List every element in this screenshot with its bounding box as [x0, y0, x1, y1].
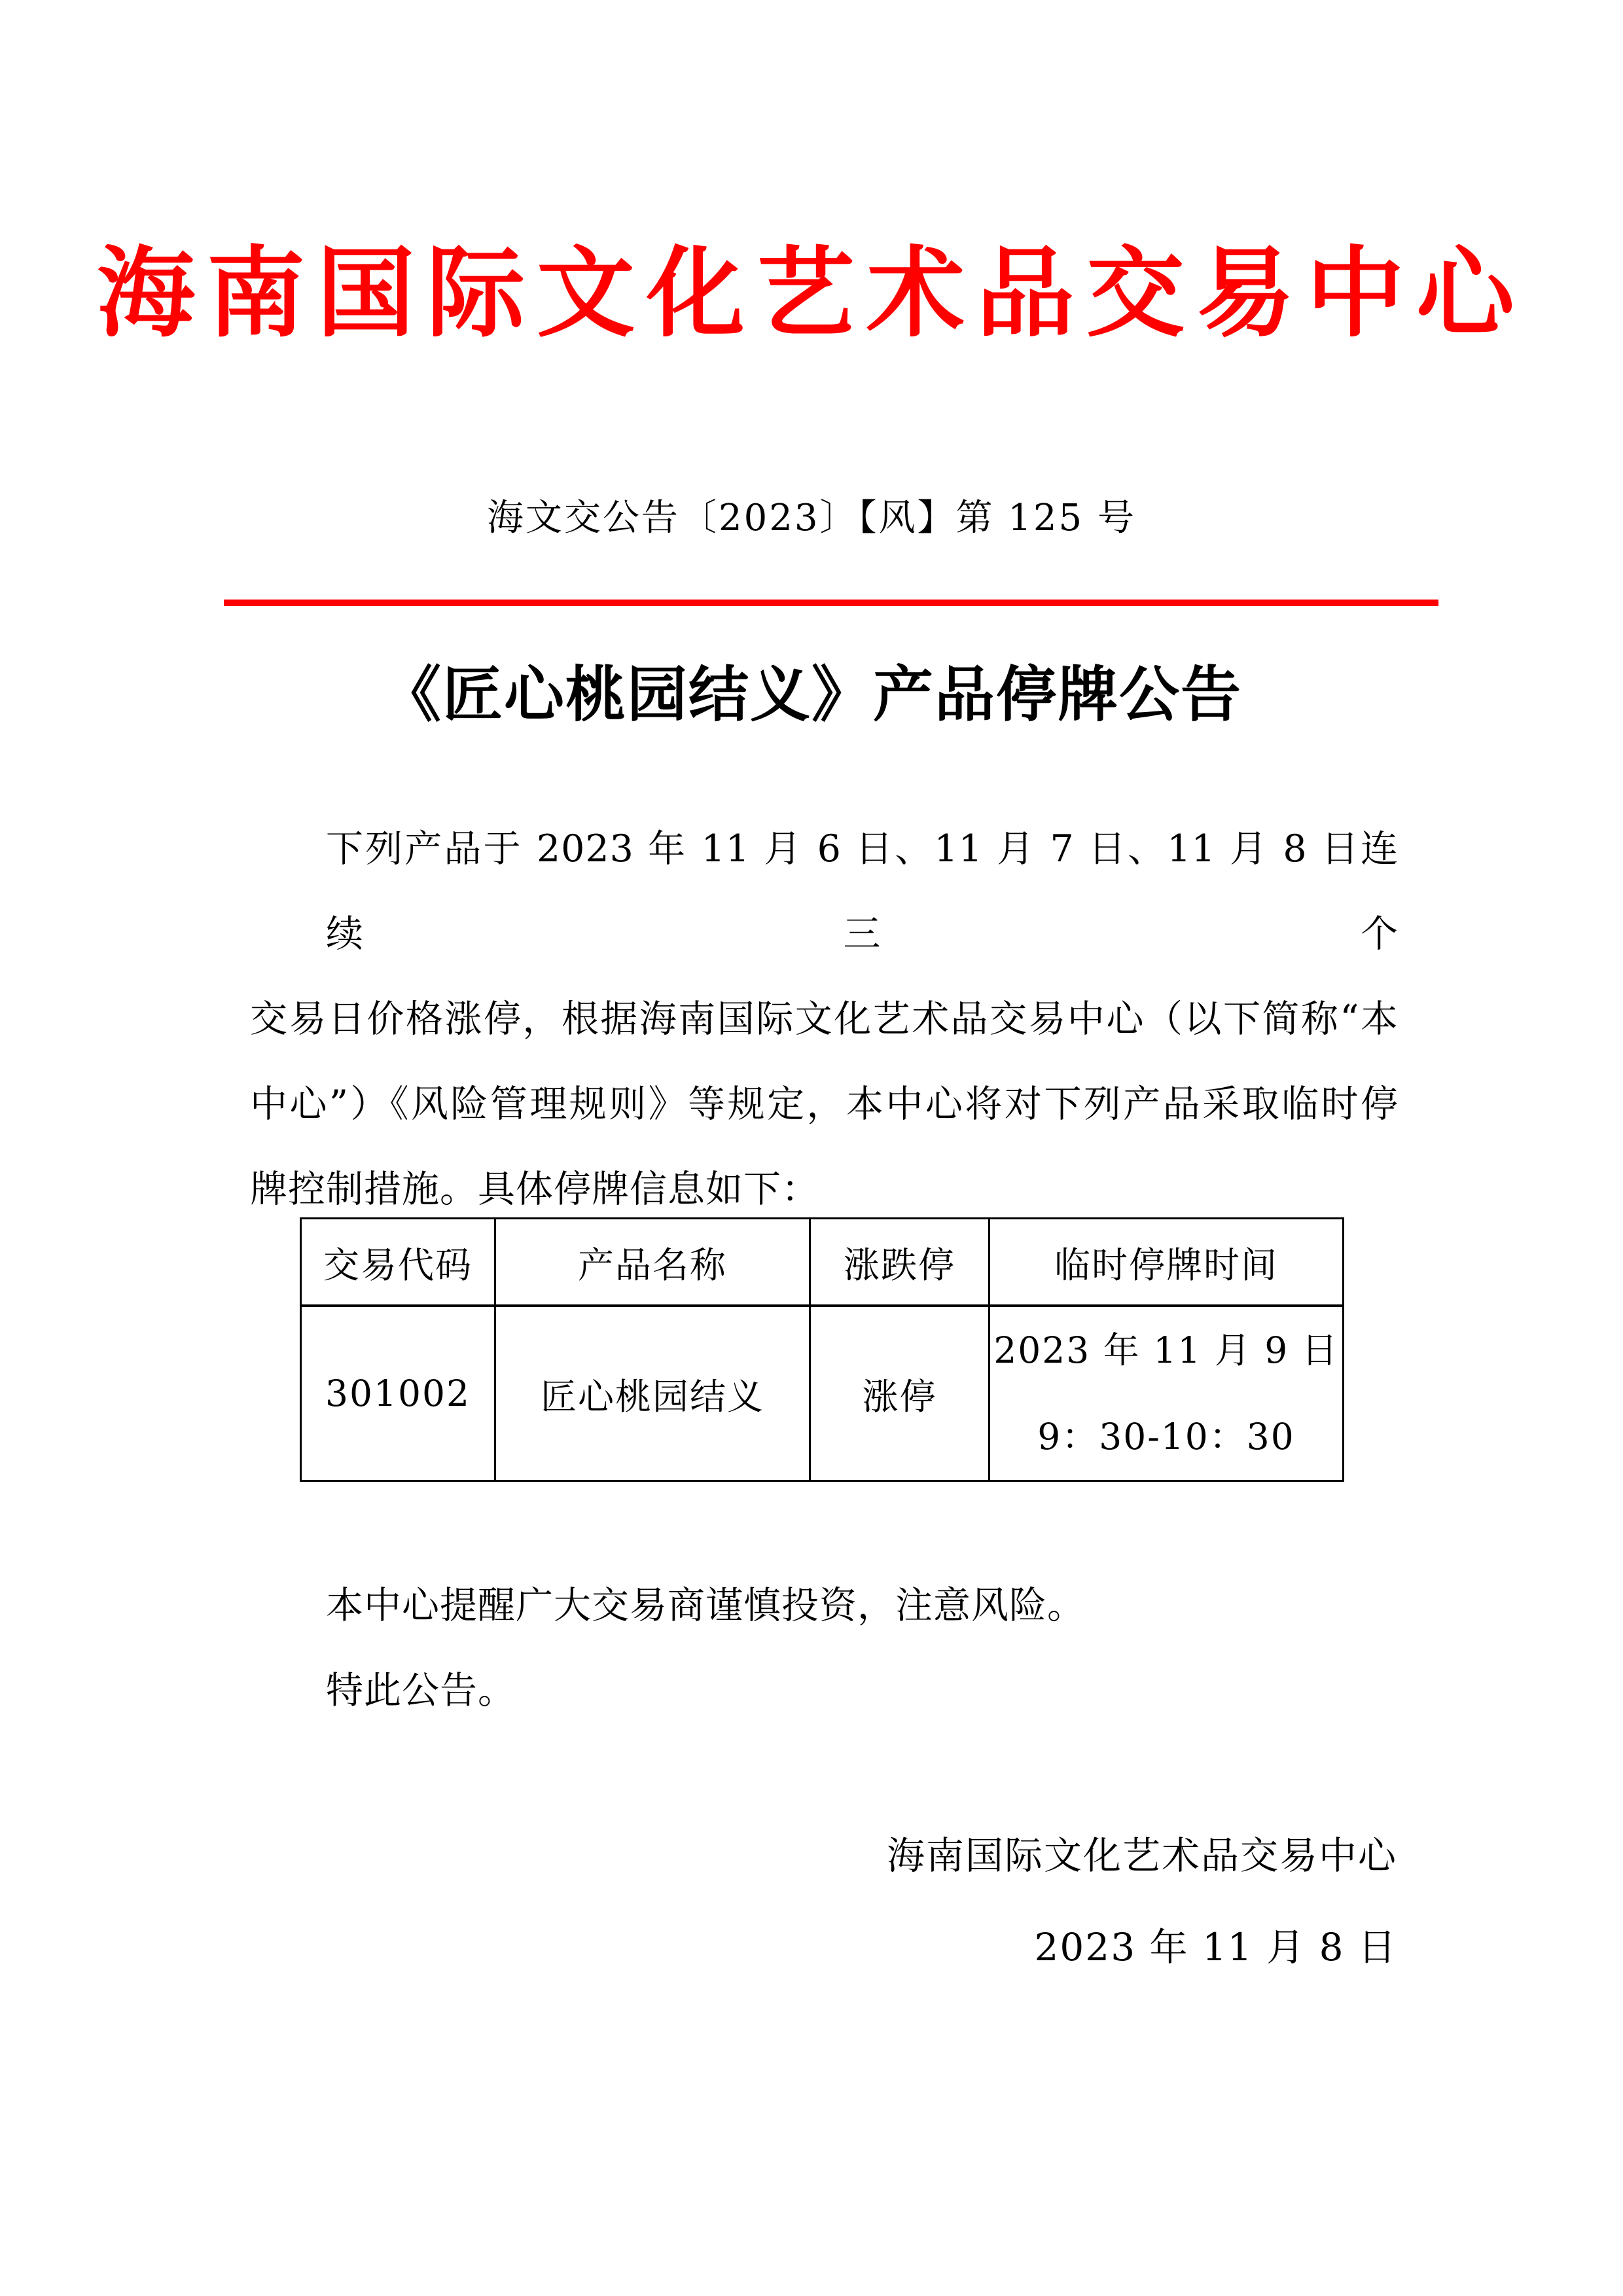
cell-limit-status: 涨停 [810, 1306, 990, 1481]
announcement-title: 《匠心桃园结义》产品停牌公告 [0, 658, 1623, 730]
paragraph-line: 中心”）《风险管理规则》等规定，本中心将对下列产品采取临时停 [250, 1062, 1399, 1147]
signature-block: 海南国际文化艺术品交易中心 2023 年 11 月 8 日 [887, 1810, 1397, 1993]
body-paragraph: 下列产品于 2023 年 11 月 6 日、11 月 7 日、11 月 8 日连… [250, 806, 1399, 1232]
header-product-name: 产品名称 [495, 1219, 810, 1306]
cell-product-name: 匠心桃园结义 [495, 1306, 810, 1481]
organization-header-title: 海南国际文化艺术品交易中心 [0, 237, 1623, 350]
paragraph-line: 交易日价格涨停，根据海南国际文化艺术品交易中心（以下简称“本 [250, 977, 1399, 1062]
table-header-row: 交易代码 产品名称 涨跌停 临时停牌时间 [301, 1219, 1344, 1306]
cell-halt-time: 2023 年 11 月 9 日 9：30-10：30 [990, 1306, 1344, 1481]
signature-date: 2023 年 11 月 8 日 [887, 1901, 1397, 1993]
table-row: 301002 匠心桃园结义 涨停 2023 年 11 月 9 日 9：30-10… [301, 1306, 1344, 1481]
risk-reminder-line: 本中心提醒广大交易商谨慎投资，注意风险。 [250, 1563, 1399, 1648]
halt-time-range: 9：30-10：30 [990, 1393, 1342, 1480]
red-divider-line [224, 600, 1438, 606]
cell-trade-code: 301002 [301, 1306, 495, 1481]
header-trade-code: 交易代码 [301, 1219, 495, 1306]
document-number: 海文交公告〔2023〕【风】第 125 号 [0, 496, 1623, 540]
closing-paragraphs: 本中心提醒广大交易商谨慎投资，注意风险。 特此公告。 [250, 1563, 1399, 1733]
closing-statement-line: 特此公告。 [250, 1648, 1399, 1733]
paragraph-line: 下列产品于 2023 年 11 月 6 日、11 月 7 日、11 月 8 日连… [250, 806, 1399, 977]
announcement-document: 海南国际文化艺术品交易中心 海文交公告〔2023〕【风】第 125 号 《匠心桃… [0, 0, 1623, 2296]
header-halt-time: 临时停牌时间 [990, 1219, 1344, 1306]
halt-date: 2023 年 11 月 9 日 [990, 1307, 1342, 1393]
header-limit-status: 涨跌停 [810, 1219, 990, 1306]
signature-organization: 海南国际文化艺术品交易中心 [887, 1810, 1397, 1901]
halt-info-table: 交易代码 产品名称 涨跌停 临时停牌时间 301002 匠心桃园结义 涨停 20… [300, 1217, 1344, 1482]
